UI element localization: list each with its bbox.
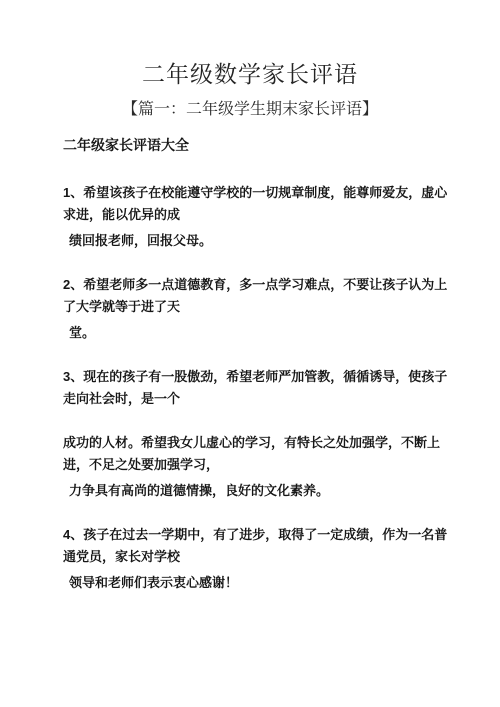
text-line: 了大学就等于进了天 <box>63 296 470 318</box>
document-body: 二年级家长评语大全 1、希望该孩子在校能遵守学校的一切规章制度，能尊师爱友，虚心… <box>0 135 500 594</box>
text-line: 堂。 <box>69 322 470 344</box>
text-line: 2、希望老师多一点道德教育，多一点学习难点，不要让孩子认为上 <box>63 274 470 296</box>
paragraph-4: 4、孩子在过去一学期中，有了进步，取得了一定成绩，作为一名普 通党员，家长对学校 <box>63 524 470 568</box>
text-line: 进，不足之处要加强学习， <box>63 454 470 476</box>
text-line: 力争具有高尚的道德情操，良好的文化素养。 <box>69 480 470 502</box>
paragraph-3: 3、现在的孩子有一股傲劲，希望老师严加管教，循循诱导，使孩子 走向社会时，是一个 <box>63 366 470 410</box>
text-line: 成功的人材。希望我女儿虚心的学习，有特长之处加强学，不断上 <box>63 432 470 454</box>
text-line: 通党员，家长对学校 <box>63 546 470 568</box>
text-line: 领导和老师们表示衷心感谢！ <box>69 572 470 594</box>
paragraph-3-part2: 成功的人材。希望我女儿虚心的学习，有特长之处加强学，不断上 进，不足之处要加强学… <box>63 432 470 476</box>
paragraph-4-continuation: 领导和老师们表示衷心感谢！ <box>63 572 470 594</box>
page-title: 二年级数学家长评语 <box>0 59 500 91</box>
text-line: 绩回报老师，回报父母。 <box>69 230 470 252</box>
text-line: 走向社会时，是一个 <box>63 388 470 410</box>
text-line: 求进，能以优异的成 <box>63 204 470 226</box>
paragraph-2: 2、希望老师多一点道德教育，多一点学习难点，不要让孩子认为上 了大学就等于进了天 <box>63 274 470 318</box>
paragraph-3-continuation: 力争具有高尚的道德情操，良好的文化素养。 <box>63 480 470 502</box>
text-line: 1、希望该孩子在校能遵守学校的一切规章制度，能尊师爱友，虚心 <box>63 182 470 204</box>
paragraph-1: 1、希望该孩子在校能遵守学校的一切规章制度，能尊师爱友，虚心 求进，能以优异的成 <box>63 182 470 226</box>
paragraph-2-continuation: 堂。 <box>63 322 470 344</box>
text-line: 4、孩子在过去一学期中，有了进步，取得了一定成绩，作为一名普 <box>63 524 470 546</box>
paragraph-1-continuation: 绩回报老师，回报父母。 <box>63 230 470 252</box>
text-line: 3、现在的孩子有一股傲劲，希望老师严加管教，循循诱导，使孩子 <box>63 366 470 388</box>
list-heading: 二年级家长评语大全 <box>63 135 470 155</box>
document-page: 二年级数学家长评语 【篇一：二年级学生期末家长评语】 二年级家长评语大全 1、希… <box>0 0 500 707</box>
section-subtitle: 【篇一：二年级学生期末家长评语】 <box>0 98 500 122</box>
